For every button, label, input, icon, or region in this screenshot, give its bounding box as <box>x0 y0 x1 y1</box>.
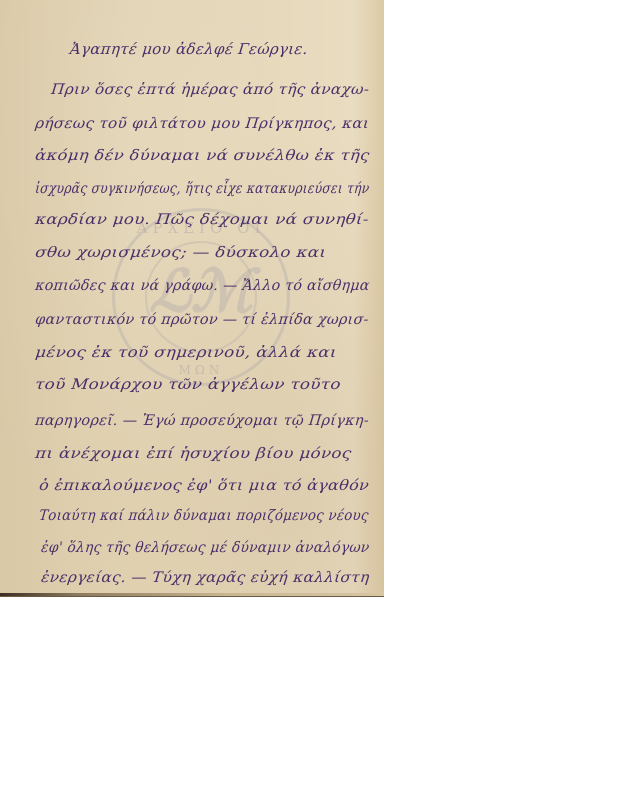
letter-line: ἐνεργείας. — Τύχη χαρᾶς εὐχή καλλίστη <box>40 570 370 586</box>
letter-line: ρήσεως τοῦ φιλτάτου μου Πρίγκηπος, και <box>34 116 370 132</box>
letter-line: σθω χωρισμένος; — δύσκολο και <box>34 245 327 261</box>
letter-line: Τοιαύτη καί πάλιν δύναμαι ποριζόμενος νέ… <box>38 508 369 524</box>
letter-line: ὁ ἐπικαλούμενος ἐφ' ὅτι μια τό ἀγαθόν <box>38 478 370 494</box>
letter-salutation: Ἀγαπητέ μου ἀδελφέ Γεώργιε. <box>69 40 309 58</box>
letter-line: φανταστικόν τό πρῶτον — τί ἐλπίδα χωρισ- <box>34 312 369 328</box>
letter-line: παρηγορεῖ. — Ἐγώ προσεύχομαι τῷ Πρίγκη- <box>34 413 369 429</box>
page-canvas: ΑΡΧΕΙΟ ΟΙ ℒℳ ΜΩΝ Ἀγαπητέ μου ἀδελφέ Γεώρ… <box>0 0 618 800</box>
letter-paper: ΑΡΧΕΙΟ ΟΙ ℒℳ ΜΩΝ Ἀγαπητέ μου ἀδελφέ Γεώρ… <box>0 0 384 596</box>
letter-body: Ἀγαπητέ μου ἀδελφέ Γεώργιε. Πριν ὅσες ἑπ… <box>0 0 384 596</box>
paper-bottom-edge <box>0 593 384 596</box>
letter-line: Πριν ὅσες ἑπτά ἡμέρας ἀπό τῆς ἀναχω- <box>50 82 370 98</box>
letter-line: πι ἀνέχομαι ἐπί ἡσυχίου βίου μόνος <box>34 446 352 462</box>
letter-line: μένος ἐκ τοῦ σημερινοῦ, ἀλλά και <box>34 345 337 361</box>
letter-line: κοπιῶδες και νά γράφω. — Ἄλλο τό αἴσθημα <box>34 278 370 294</box>
letter-line: ἀκόμη δέν δύναμαι νά συνέλθω ἐκ τῆς <box>34 148 370 164</box>
letter-line: ἰσχυρᾶς συγκινήσεως, ἥτις εἶχε κατακυριε… <box>34 181 370 197</box>
letter-line: τοῦ Μονάρχου τῶν ἀγγέλων τοῦτο <box>34 377 341 393</box>
letter-line: ἐφ' ὅλης τῆς θελήσεως μέ δύναμιν ἀναλόγω… <box>40 540 370 556</box>
letter-line: καρδίαν μου. Πῶς δέχομαι νά συνηθί- <box>34 212 369 228</box>
